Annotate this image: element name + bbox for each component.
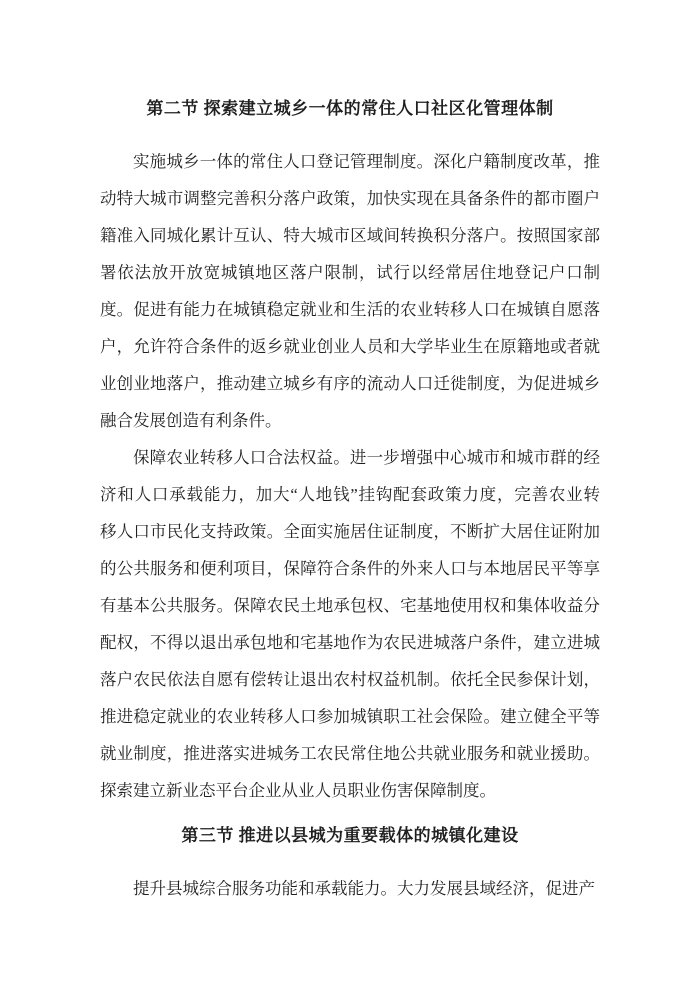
- section: 第三节 推进以县城为重要载体的城镇化建设 提升县城综合服务功能和承载能力。大力发…: [100, 817, 600, 907]
- text-line: 济和人口承载能力，加大“人地钱”挂钩配套政策力度，完善农业转: [100, 476, 600, 513]
- text-line: 就业制度，推进落实进城务工农民常住地公共就业服务和就业援助。: [100, 735, 600, 772]
- section-heading: 第二节 探索建立城乡一体的常住人口社区化管理体制: [100, 90, 600, 127]
- text-line: 探索建立新业态平台企业从业人员职业伤害保障制度。: [100, 772, 600, 809]
- text-line: 业创业地落户，推动建立城乡有序的流动人口迁徙制度，为促进城乡: [100, 365, 600, 402]
- text-line: 动特大城市调整完善积分落户政策，加快实现在具备条件的都市圈户: [100, 180, 600, 217]
- paragraph: 提升县城综合服务功能和承载能力。大力发展县域经济，促进产: [100, 870, 600, 907]
- text-line: 提升县城综合服务功能和承载能力。大力发展县域经济，促进产: [100, 870, 600, 907]
- text-line: 有基本公共服务。保障农民土地承包权、宅基地使用权和集体收益分: [100, 587, 600, 624]
- text-line: 移人口市民化支持政策。全面实施居住证制度，不断扩大居住证附加: [100, 513, 600, 550]
- text-line: 落户农民依法自愿有偿转让退出农村权益机制。依托全民参保计划，: [100, 661, 600, 698]
- text-line: 实施城乡一体的常住人口登记管理制度。深化户籍制度改革，推: [100, 143, 600, 180]
- text-line: 推进稳定就业的农业转移人口参加城镇职工社会保险。建立健全平等: [100, 698, 600, 735]
- text-line: 配权，不得以退出承包地和宅基地作为农民进城落户条件，建立进城: [100, 624, 600, 661]
- text-line: 的公共服务和便利项目，保障符合条件的外来人口与本地居民平等享: [100, 550, 600, 587]
- section: 第二节 探索建立城乡一体的常住人口社区化管理体制 实施城乡一体的常住人口登记管理…: [100, 90, 600, 809]
- text-line: 保障农业转移人口合法权益。进一步增强中心城市和城市群的经: [100, 439, 600, 476]
- text-line: 户，允许符合条件的返乡就业创业人员和大学毕业生在原籍地或者就: [100, 328, 600, 365]
- text-line: 署依法放开放宽城镇地区落户限制，试行以经常居住地登记户口制: [100, 254, 600, 291]
- document-page: 第二节 探索建立城乡一体的常住人口社区化管理体制 实施城乡一体的常住人口登记管理…: [0, 0, 700, 990]
- text-line: 度。促进有能力在城镇稳定就业和生活的农业转移人口在城镇自愿落: [100, 291, 600, 328]
- paragraph: 实施城乡一体的常住人口登记管理制度。深化户籍制度改革，推 动特大城市调整完善积分…: [100, 143, 600, 439]
- text-line: 籍准入同城化累计互认、特大城市区域间转换积分落户。按照国家部: [100, 217, 600, 254]
- paragraph: 保障农业转移人口合法权益。进一步增强中心城市和城市群的经 济和人口承载能力，加大…: [100, 439, 600, 809]
- text-line: 融合发展创造有利条件。: [100, 402, 600, 439]
- section-heading: 第三节 推进以县城为重要载体的城镇化建设: [100, 817, 600, 854]
